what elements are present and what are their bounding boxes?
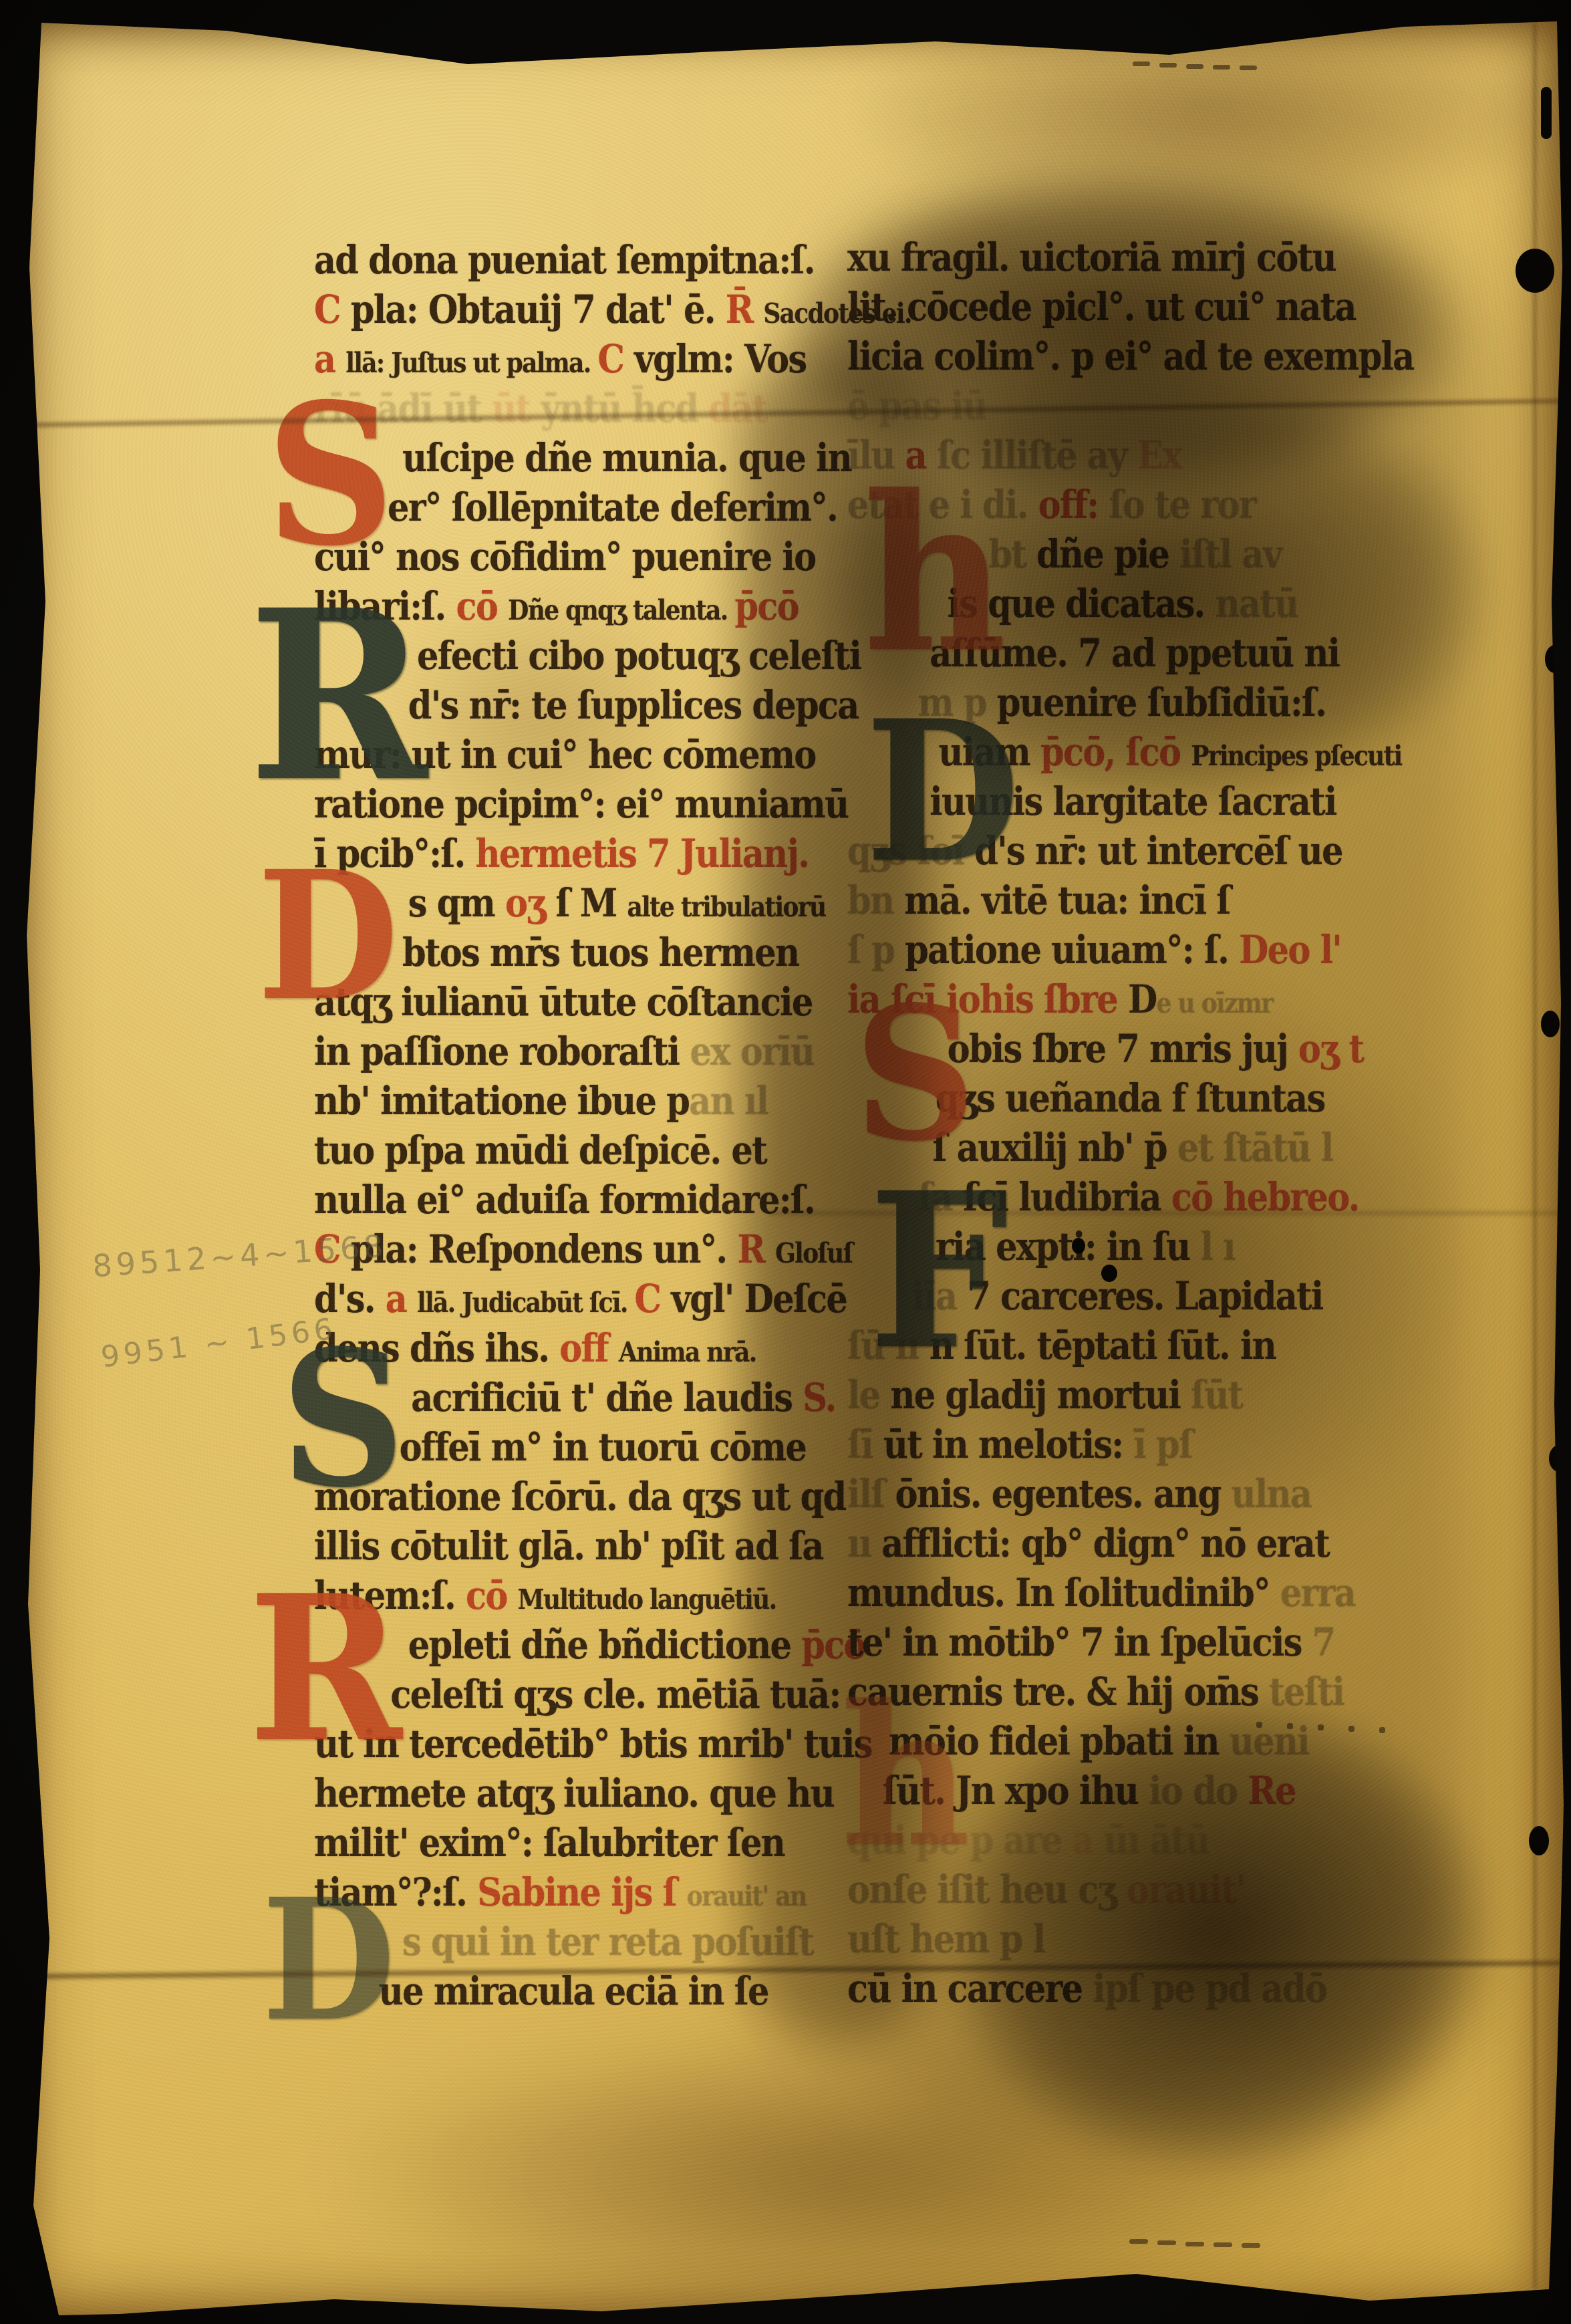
vertical-fold-right-edge bbox=[1532, 23, 1538, 2289]
text-line: mundus. In ſolitudinib° erra bbox=[847, 1568, 1353, 1618]
text-line: ıı afflicti: qb° dign° nō erat bbox=[847, 1519, 1353, 1568]
text-segment: oʒ bbox=[505, 880, 556, 926]
text-segment: ſūt bbox=[1191, 1372, 1242, 1418]
text-segment: Gloſuſ bbox=[775, 1237, 852, 1269]
text-segment: ſī bbox=[847, 1422, 883, 1467]
text-segment: cō bbox=[456, 584, 509, 629]
text-segment: an ıl bbox=[689, 1078, 768, 1124]
illuminated-initial: S bbox=[266, 400, 395, 551]
text-segment: Dñe qnqʒ talenta. bbox=[508, 594, 734, 626]
text-segment: alte tribulatiorū bbox=[627, 891, 825, 923]
text-segment: afflicti: qb° dign° nō erat bbox=[881, 1521, 1329, 1566]
sewing-hole bbox=[1545, 645, 1565, 673]
sewing-hole bbox=[1541, 87, 1552, 139]
text-segment: ex orīū bbox=[679, 1029, 814, 1074]
text-segment: Sabine ijs ſ bbox=[477, 1869, 687, 1915]
text-segment: d's nr̄: ut intercēſ ue bbox=[974, 828, 1342, 874]
text-line: licia colim°. p ei° ad te exempla bbox=[847, 332, 1353, 381]
illuminated-initial: F bbox=[869, 1188, 1008, 1355]
text-line: ad dona pueniat ſempitna:ſ. bbox=[314, 235, 755, 285]
stitch-dashes-top bbox=[1159, 63, 1177, 68]
text-segment: d's nr̄: te ſupplices depca bbox=[408, 682, 859, 728]
pricking-dots bbox=[1287, 1723, 1293, 1729]
text-segment: efecti cibo potuqʒ celeſti bbox=[417, 633, 861, 678]
text-line: ē pas iū bbox=[847, 381, 1353, 430]
text-segment: R̄ bbox=[726, 287, 764, 332]
text-segment: ūı ātū bbox=[1104, 1817, 1209, 1863]
sewing-hole bbox=[1529, 1826, 1549, 1855]
text-segment: C bbox=[314, 287, 351, 332]
text-segment: 7 bbox=[1312, 1620, 1335, 1665]
text-segment: xu fragil. uictoriā mīrj cōtu bbox=[847, 235, 1336, 280]
text-line: ſī ūt in melotis: ī pſ bbox=[847, 1420, 1353, 1469]
illuminated-initial: D bbox=[262, 1895, 395, 2025]
text-segment: btos mr̄s tuos hermen bbox=[402, 930, 799, 975]
text-segment: ueni bbox=[1230, 1718, 1309, 1764]
stitch-dashes-bottom bbox=[1242, 2243, 1260, 2248]
text-segment: Anima nrā. bbox=[619, 1336, 756, 1368]
pricking-dots bbox=[1256, 1722, 1262, 1728]
illuminated-initial: D bbox=[865, 717, 1020, 868]
text-segment: ſo te ror bbox=[1109, 482, 1256, 527]
text-line: ilſ ōnis. egentes. ang ulna bbox=[847, 1469, 1353, 1519]
illuminated-initial: S bbox=[854, 1003, 976, 1146]
text-line: cū in carcere ipſ pe pd adō bbox=[847, 1964, 1353, 2013]
pricking-dots bbox=[1348, 1726, 1354, 1732]
text-segment: dñe pie bbox=[1036, 531, 1179, 577]
illuminated-initial: R bbox=[249, 605, 428, 787]
text-line: C pla: Obtauij 7 dat' ē. R̄ Sacdotes ei. bbox=[314, 285, 755, 334]
text-line: xu fragil. uictoriā mīrj cōtu bbox=[847, 233, 1353, 282]
text-segment: epleti dñe bñdictione bbox=[408, 1622, 801, 1668]
text-segment: dāt bbox=[708, 386, 766, 431]
illuminated-initial: h bbox=[841, 1701, 970, 1852]
text-line: uſt hem p l bbox=[847, 1914, 1353, 1964]
text-segment: te' in mōtib° 7 in ſpelūcis bbox=[847, 1620, 1312, 1665]
text-segment: mundus. In ſolitudinib° bbox=[847, 1570, 1280, 1616]
text-segment: nulla ei° aduiſa formidare:ſ. bbox=[314, 1177, 815, 1222]
text-segment: 7 carceres. Lapidati bbox=[967, 1273, 1322, 1319]
text-line: milit' exim°: ſalubriter ſen bbox=[314, 1818, 755, 1867]
illuminated-initial: h bbox=[863, 491, 1006, 658]
text-segment: uſt hem p l bbox=[847, 1916, 1044, 1962]
text-segment: s qui in ter reta poſuiſt bbox=[402, 1919, 813, 1964]
illuminated-initial: R bbox=[249, 1591, 402, 1747]
text-segment: hermetis 7 Julianj. bbox=[476, 831, 809, 876]
text-line: lit. cōcede picl°. ut cui° nata bbox=[847, 282, 1353, 332]
text-segment: ulna bbox=[1232, 1471, 1312, 1517]
text-segment: ūt bbox=[492, 386, 541, 431]
text-segment: oʒ t bbox=[1298, 1026, 1363, 1071]
text-segment: lit. cōcede picl°. ut cui° nata bbox=[847, 284, 1356, 330]
text-segment: acrificiū t' dñe laudis bbox=[411, 1375, 803, 1420]
text-segment: et ſtātū l bbox=[1177, 1125, 1333, 1170]
text-line: tuo pſpa mūdi deſpicē. et bbox=[314, 1126, 755, 1175]
text-segment: vglm: Vos bbox=[634, 336, 806, 382]
text-segment: teſti bbox=[1269, 1669, 1344, 1714]
text-segment: offeī m° in tuorū cōme bbox=[400, 1424, 807, 1470]
text-segment: er° ſollēpnitate deferim°. bbox=[388, 485, 837, 530]
stitch-dashes-bottom bbox=[1185, 2242, 1204, 2246]
manuscript-page: 89512~4~1568 9951 ~ 1566 ad dona pueniat… bbox=[0, 0, 1571, 2324]
text-segment: pla: Obtauij 7 dat' ē. bbox=[351, 287, 726, 332]
text-segment: iſtl av bbox=[1179, 531, 1282, 577]
text-segment: ī pſ bbox=[1133, 1422, 1192, 1467]
text-segment: erra bbox=[1280, 1570, 1355, 1616]
text-segment: ipſ pe pd adō bbox=[1093, 1966, 1326, 2011]
illuminated-initial: D bbox=[257, 868, 398, 1006]
text-line: te' in mōtib° 7 in ſpelūcis 7 bbox=[847, 1618, 1353, 1667]
sewing-hole bbox=[1541, 1011, 1560, 1037]
text-segment: Principes pſecuti bbox=[1191, 740, 1401, 772]
stitch-dashes-bottom bbox=[1157, 2240, 1176, 2245]
text-segment: off bbox=[559, 1325, 619, 1371]
text-segment: ūt in melotis: bbox=[883, 1422, 1134, 1467]
pricking-dots bbox=[1379, 1727, 1385, 1733]
text-segment: io do bbox=[1149, 1768, 1248, 1813]
photo-background: 89512~4~1568 9951 ~ 1566 ad dona pueniat… bbox=[0, 0, 1571, 2324]
illuminated-initial: S bbox=[281, 1347, 405, 1493]
text-segment: ȳntū h̄cd bbox=[541, 386, 708, 431]
text-line: nulla ei° aduiſa formidare:ſ. bbox=[314, 1175, 755, 1224]
text-segment: R bbox=[737, 1226, 775, 1272]
text-segment: obis ſbre 7 mris juj bbox=[948, 1026, 1298, 1071]
sewing-hole bbox=[1549, 1445, 1569, 1472]
sewing-hole bbox=[1516, 249, 1554, 293]
text-segment: cō bbox=[466, 1573, 518, 1618]
text-line: nb' imitatione ibue pan ıl bbox=[314, 1076, 755, 1126]
text-segment: off: bbox=[1038, 482, 1109, 527]
text-segment: ōnis. egentes. ang bbox=[895, 1471, 1231, 1517]
text-segment: Multitudo languētiū. bbox=[518, 1583, 776, 1616]
text-segment: qʒs ueñanda f ſtuntas bbox=[936, 1075, 1324, 1121]
text-segment: pla: Reſpondens un°. bbox=[351, 1226, 738, 1272]
text-segment: cō hebreo. bbox=[1171, 1174, 1359, 1220]
text-segment: Deo l' bbox=[1239, 927, 1341, 973]
text-segment: a bbox=[1073, 1817, 1104, 1863]
stain-bottom-center bbox=[347, 2032, 1363, 2319]
text-segment: licia colim°. p ei° ad te exempla bbox=[847, 334, 1413, 379]
text-segment: Re bbox=[1248, 1768, 1295, 1813]
text-segment: orauit' bbox=[1127, 1867, 1245, 1912]
stitch-dashes-top bbox=[1133, 61, 1150, 66]
stitch-dashes-bottom bbox=[1213, 2242, 1232, 2247]
text-segment: ıı bbox=[847, 1521, 881, 1566]
text-segment: Ex bbox=[1137, 432, 1181, 478]
text-segment: uſcipe dñe munia. que in bbox=[402, 435, 851, 481]
text-segment: ue miracula eciā in ſe bbox=[379, 1968, 768, 2014]
text-segment: orauit' an bbox=[687, 1880, 807, 1912]
text-segment: C bbox=[597, 336, 634, 382]
text-segment: puenire ſubſidiū:ſ. bbox=[997, 680, 1326, 725]
text-segment: s qm bbox=[408, 880, 505, 926]
text-segment: celeſti qʒs cle. mētiā tuā: bbox=[390, 1672, 840, 1717]
text-segment: natū bbox=[1216, 581, 1298, 626]
text-segment: tuo pſpa mūdi deſpicē. et bbox=[314, 1128, 766, 1173]
stitch-dashes-top bbox=[1186, 64, 1203, 69]
worm-hole bbox=[1101, 1265, 1117, 1282]
text-segment: milit' exim°: ſalubriter ſen bbox=[314, 1820, 784, 1865]
stitch-dashes-top bbox=[1240, 66, 1257, 70]
text-segment: cū in carcere bbox=[847, 1966, 1093, 2011]
pricking-dots bbox=[1318, 1724, 1324, 1730]
stitch-dashes-top bbox=[1213, 65, 1230, 70]
text-segment: C bbox=[634, 1276, 671, 1321]
text-segment: ad dona pueniat ſempitna:ſ. bbox=[314, 237, 815, 283]
text-segment: p̄cō bbox=[734, 584, 799, 629]
stain-top-right-corner bbox=[855, 13, 1564, 214]
stitch-dashes-bottom bbox=[1129, 2239, 1148, 2244]
text-segment: ilſ bbox=[847, 1471, 895, 1517]
text-segment: ē pas iū bbox=[847, 383, 986, 428]
worm-hole bbox=[1072, 1238, 1085, 1254]
text-segment: D bbox=[1128, 977, 1157, 1022]
text-segment: e u oīzmr bbox=[1156, 987, 1272, 1019]
text-segment: llā. Judicabūt ſcī. bbox=[417, 1287, 634, 1319]
text-segment: ſ M bbox=[556, 880, 627, 926]
text-segment: p̄cō, ſcō bbox=[1040, 729, 1191, 775]
text-segment: nb' imitatione ibue p bbox=[314, 1078, 689, 1124]
text-segment: l ı bbox=[1189, 1224, 1234, 1269]
text-segment: S. bbox=[803, 1375, 835, 1420]
text-segment: vgl' Deſcē bbox=[671, 1276, 847, 1321]
